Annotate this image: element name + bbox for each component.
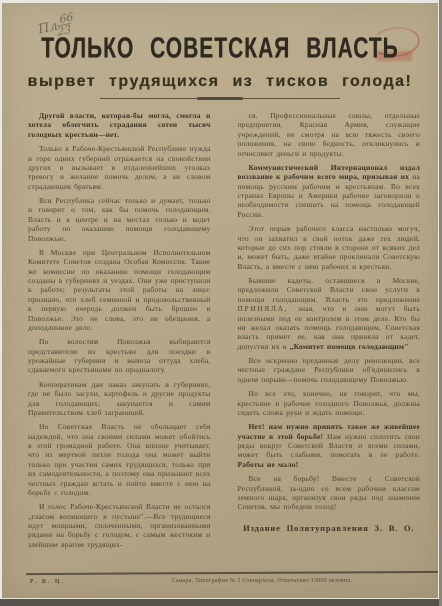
print-imprint: Самара, Типография № 5 Совнархоза. Отпеч… [122, 578, 402, 584]
column-divider [224, 111, 225, 543]
paragraph: В Москве при Центральном Исполнительном … [28, 248, 211, 332]
bold-text-segment: Работы не мало! [237, 460, 298, 469]
publisher-signature: Издание Политуправления З. В. О. [237, 523, 420, 534]
text-segment: По волостям Поволжья выбираются представ… [28, 337, 211, 374]
right-column: ся. Профессиональные союзы, отдельные пр… [237, 111, 420, 543]
body-columns: Другой власти, которая-бы могла, смогла … [28, 111, 420, 543]
left-column: Другой власти, которая-бы могла, смогла … [28, 111, 211, 543]
paragraph: Кооперативам дан наказ закупать в губерн… [28, 380, 211, 418]
text-segment: Кооперативам дан наказ закупать в губерн… [28, 380, 211, 417]
text-segment: Все искренно преданные делу революции, в… [237, 356, 420, 384]
decorative-rule [100, 97, 340, 100]
paragraph: Только в Рабоче-Крестьянской Республике … [28, 144, 211, 191]
paragraph: Другой власти, которая-бы могла, смогла … [28, 111, 211, 139]
paragraph: Все на борьбу! Вместе с Советской Респуб… [237, 474, 420, 512]
text-segment: Но все это, конечно, не говорит, что мы,… [237, 389, 420, 417]
poster-title: ТОЛЬКО СОВЕТСКАЯ ВЛАСТЬ [2, 33, 438, 65]
paragraph: Этот порыв рабочего класса настолько мог… [237, 224, 420, 271]
paragraph: Но Советская Власть не обольщает себя на… [28, 422, 211, 497]
text-segment: ПРИНЯЛА, [237, 304, 297, 313]
text-segment: Вся Республика сейчас только и думает, т… [28, 196, 211, 243]
text-segment: Все на борьбу! Вместе с Советской Респуб… [237, 474, 420, 511]
text-segment: И голос Рабоче-Крестьянской Власти не ос… [28, 502, 211, 549]
paragraph: Коммунистический Интернационал издал воз… [237, 163, 420, 219]
footer-rule [26, 571, 438, 575]
paragraph: И голос Рабоче-Крестьянской Власти не ос… [28, 502, 211, 549]
bold-text-segment: Другой власти, которая-бы могла, смогла … [28, 111, 211, 139]
censor-mark: Р. В. Ц. [30, 579, 65, 585]
scanned-poster: Пл 66 23 ТОЛЬКО СОВЕТСКАЯ ВЛАСТЬ вырвет … [0, 0, 442, 606]
bold-text-segment: Коммунистический Интернационал издал воз… [237, 163, 420, 181]
masthead: ТОЛЬКО СОВЕТСКАЯ ВЛАСТЬ вырвет трудящихс… [2, 33, 438, 100]
paragraph: Вся Республика сейчас только и думает, т… [28, 196, 211, 243]
paragraph: Все искренно преданные делу революции, в… [237, 356, 420, 384]
text-segment: Бывшие кадеты, оставшиеся в Москве, пред… [237, 276, 420, 304]
bold-text-segment: „Комитет помощи голодающим" [290, 342, 409, 351]
text-segment: В Москве при Центральном Исполнительном … [28, 248, 211, 332]
paragraph: Бывшие кадеты, оставшиеся в Москве, пред… [237, 276, 420, 351]
paragraph: Нет! нам нужно принять такое же живейшее… [237, 422, 420, 469]
text-segment: Этот порыв рабочего класса настолько мог… [237, 224, 420, 271]
text-segment: Только в Рабоче-Крестьянской Республике … [28, 144, 211, 191]
paragraph: По волостям Поволжья выбираются представ… [28, 337, 211, 375]
text-segment: Но Советская Власть не обольщает себя на… [28, 422, 211, 497]
poster-subtitle: вырвет трудящихся из тисков голода! [2, 73, 438, 91]
paragraph: Но все это, конечно, не говорит, что мы,… [237, 389, 420, 417]
text-segment: ся. Профессиональные союзы, отдельные пр… [237, 111, 420, 158]
poster-paper: Пл 66 23 ТОЛЬКО СОВЕТСКАЯ ВЛАСТЬ вырвет … [2, 3, 438, 598]
scan-edge-bottom [0, 599, 442, 606]
paragraph: ся. Профессиональные союзы, отдельные пр… [237, 111, 420, 158]
